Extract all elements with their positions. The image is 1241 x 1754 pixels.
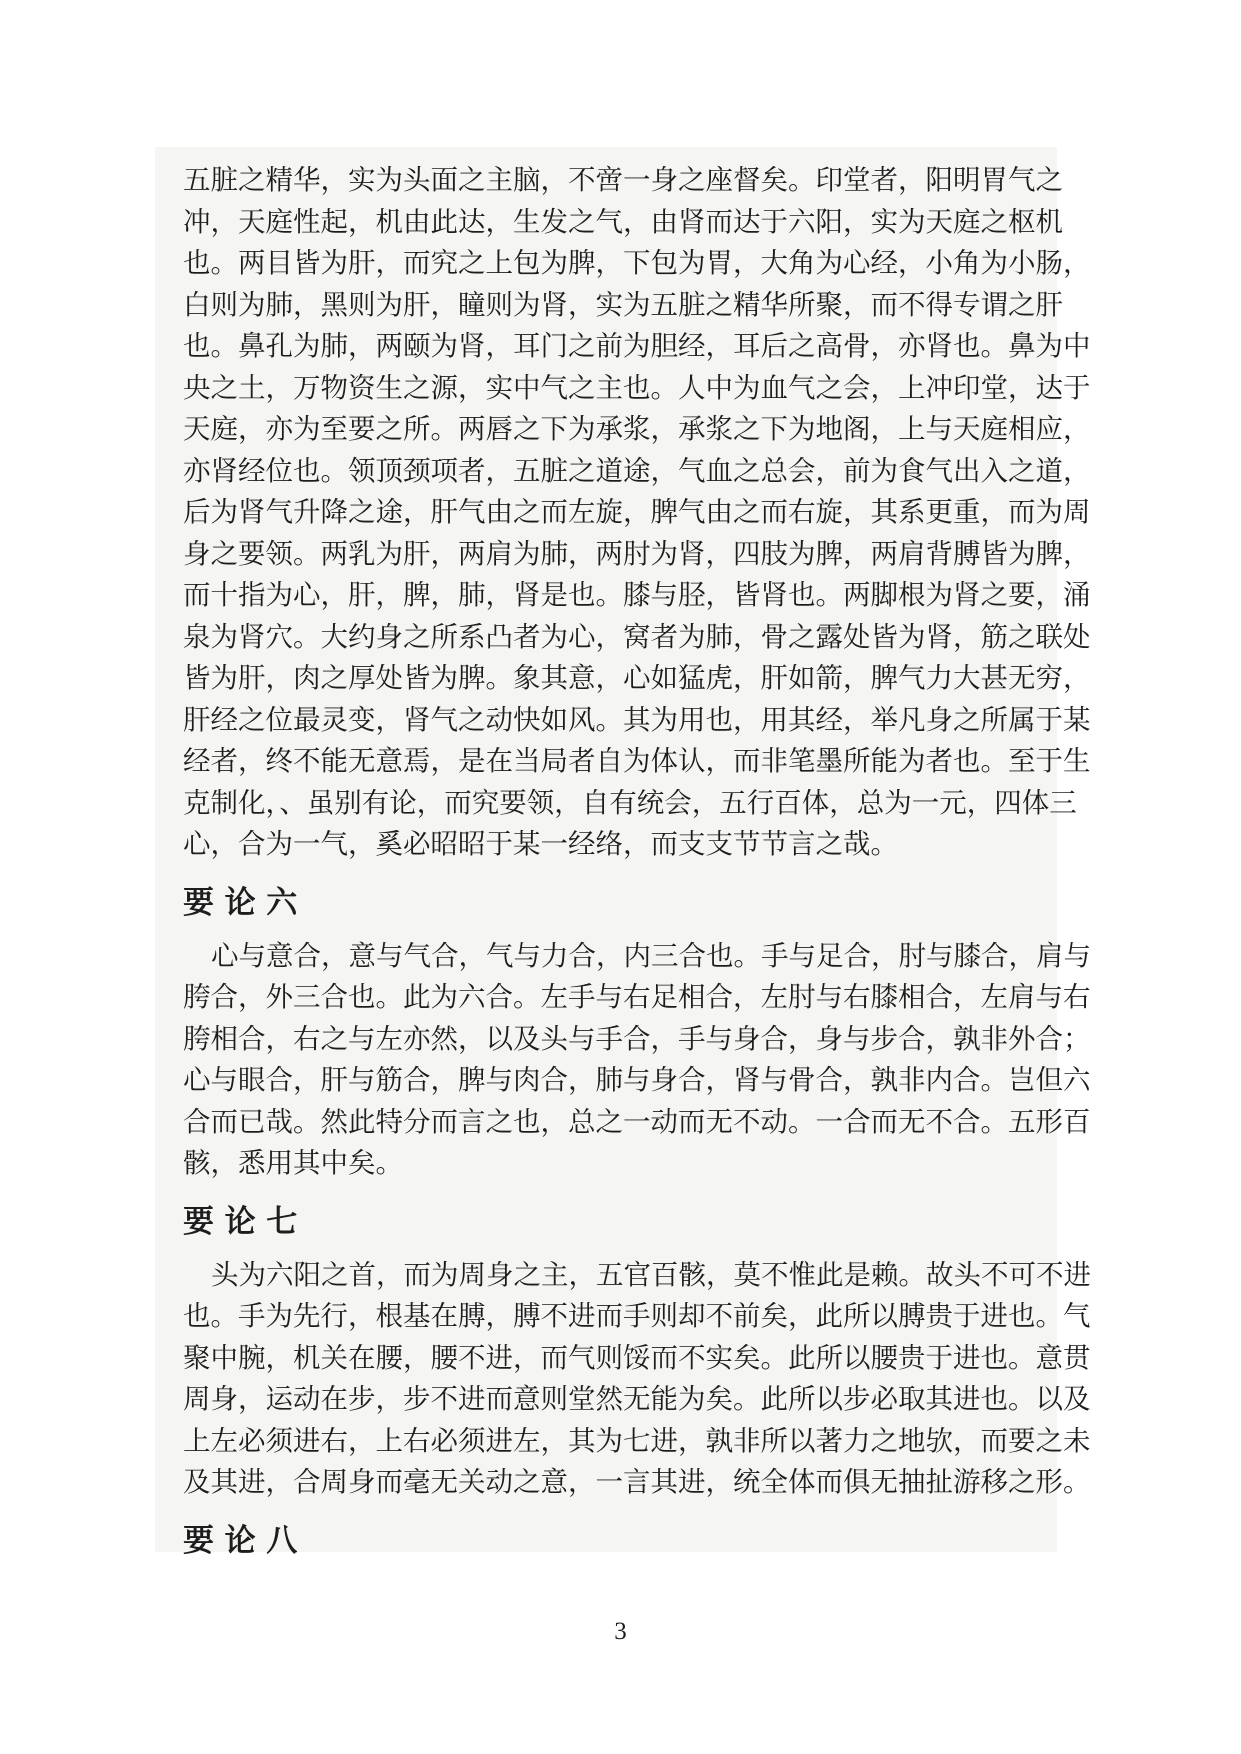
text-line: 胯合，外三合也。此为六合。左手与右足相合，左肘与右膝相合，左肩与右 (183, 976, 1051, 1018)
text-line: 上左必须进右，上右必须进左，其为七进，孰非所以著力之地欤，而要之未 (183, 1420, 1051, 1462)
text-line: 后为肾气升降之途，肝气由之而左旋，脾气由之而右旋，其系更重，而为周 (183, 491, 1051, 533)
text-line: 也。手为先行，根基在膊，膊不进而手则却不前矣，此所以膊贵于进也。气 (183, 1295, 1051, 1337)
body-paragraph: 头为六阳之首，而为周身之主，五官百骸，莫不惟此是赖。故头不可不进也。手为先行，根… (183, 1254, 1051, 1503)
body-paragraph: 五脏之精华，实为头面之主脑，不啻一身之座督矣。印堂者，阳明胃气之冲，天庭性起，机… (183, 159, 1051, 865)
page-number: 3 (0, 1618, 1241, 1646)
section-heading: 要 论 八 (183, 1519, 1051, 1563)
text-line: 身之要领。两乳为肝，两肩为肺，两肘为肾，四肢为脾，两肩背膊皆为脾， (183, 533, 1051, 575)
text-line: 克制化，、虽别有论，而究要领，自有统会，五行百体，总为一元，四体三 (183, 782, 1051, 824)
section-heading: 要 论 六 (183, 881, 1051, 925)
text-line: 央之土，万物资生之源，实中气之主也。人中为血气之会，上冲印堂，达于 (183, 367, 1051, 409)
text-line: 骸，悉用其中矣。 (183, 1142, 1051, 1184)
text-line: 肝经之位最灵变，肾气之动快如风。其为用也，用其经，举凡身之所属于某 (183, 699, 1051, 741)
text-line: 合而已哉。然此特分而言之也，总之一动而无不动。一合而无不合。五形百 (183, 1101, 1051, 1143)
text-line: 也。两目皆为肝，而究之上包为脾，下包为胃，大角为心经，小角为小肠， (183, 242, 1051, 284)
text-line: 亦肾经位也。领顶颈项者，五脏之道途，气血之总会，前为食气出入之道， (183, 450, 1051, 492)
text-line: 经者，终不能无意焉，是在当局者自为体认，而非笔墨所能为者也。至于生 (183, 740, 1051, 782)
body-paragraph: 心与意合，意与气合，气与力合，内三合也。手与足合，肘与膝合，肩与胯合，外三合也。… (183, 935, 1051, 1184)
text-line: 及其进，合周身而毫无关动之意，一言其进，统全体而俱无抽扯游移之形。 (183, 1461, 1051, 1503)
text-line: 头为六阳之首，而为周身之主，五官百骸，莫不惟此是赖。故头不可不进 (183, 1254, 1051, 1296)
text-line: 心与意合，意与气合，气与力合，内三合也。手与足合，肘与膝合，肩与 (183, 935, 1051, 977)
text-line: 白则为肺，黑则为肝，瞳则为肾，实为五脏之精华所聚，而不得专谓之肝 (183, 284, 1051, 326)
text-line: 也。鼻孔为肺，两颐为肾，耳门之前为胆经，耳后之高骨，亦肾也。鼻为中 (183, 325, 1051, 367)
document-content: 五脏之精华，实为头面之主脑，不啻一身之座督矣。印堂者，阳明胃气之冲，天庭性起，机… (183, 147, 1051, 1573)
text-line: 五脏之精华，实为头面之主脑，不啻一身之座督矣。印堂者，阳明胃气之 (183, 159, 1051, 201)
text-line: 而十指为心，肝，脾，肺，肾是也。膝与胫，皆肾也。两脚根为肾之要，涌 (183, 574, 1051, 616)
text-line: 心与眼合，肝与筋合，脾与肉合，肺与身合，肾与骨合，孰非内合。岂但六 (183, 1059, 1051, 1101)
text-line: 天庭，亦为至要之所。两唇之下为承浆，承浆之下为地阁，上与天庭相应， (183, 408, 1051, 450)
text-line: 心，合为一气，奚必昭昭于某一经络，而支支节节言之哉。 (183, 823, 1051, 865)
text-line: 聚中腕，机关在腰，腰不进，而气则馁而不实矣。此所以腰贵于进也。意贯 (183, 1337, 1051, 1379)
text-line: 皆为肝，肉之厚处皆为脾。象其意，心如猛虎，肝如箭，脾气力大甚无穷， (183, 657, 1051, 699)
text-line: 泉为肾穴。大约身之所系凸者为心，窝者为肺，骨之露处皆为肾，筋之联处 (183, 616, 1051, 658)
text-line: 周身，运动在步，步不进而意则堂然无能为矣。此所以步必取其进也。以及 (183, 1378, 1051, 1420)
section-heading: 要 论 七 (183, 1200, 1051, 1244)
text-line: 冲，天庭性起，机由此达，生发之气，由肾而达于六阳，实为天庭之枢机 (183, 201, 1051, 243)
document-page: 五脏之精华，实为头面之主脑，不啻一身之座督矣。印堂者，阳明胃气之冲，天庭性起，机… (0, 0, 1241, 1754)
text-line: 胯相合，右之与左亦然，以及头与手合，手与身合，身与步合，孰非外合； (183, 1018, 1051, 1060)
